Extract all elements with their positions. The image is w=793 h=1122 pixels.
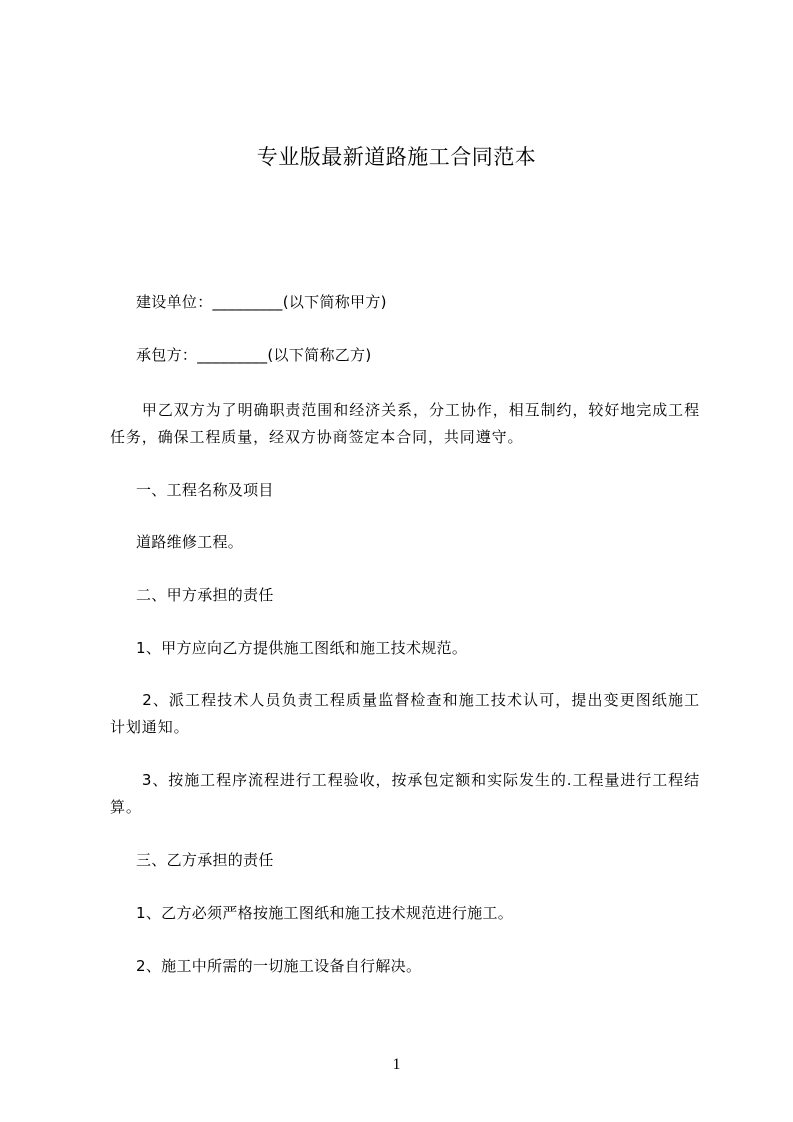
section-1-heading: 一、工程名称及项目 <box>136 480 274 500</box>
builder-party-line: 建设单位：_________(以下简称甲方) <box>136 292 387 312</box>
section-1-content: 道路维修工程。 <box>136 532 243 552</box>
section-2-item-2: 2、派工程技术人员负责工程质量监督检查和施工技术认可，提出变更图纸施工计划通知。 <box>110 687 700 741</box>
document-title: 专业版最新道路施工合同范本 <box>0 142 793 172</box>
section-3-item-1: 1、乙方必须严格按施工图纸和施工技术规范进行施工。 <box>136 903 513 923</box>
intro-paragraph: 甲乙双方为了明确职责范围和经济关系，分工协作，相互制约，较好地完成工程任务，确保… <box>110 397 700 451</box>
section-2-item-3: 3、按施工程序流程进行工程验收，按承包定额和实际发生的.工程量进行工程结算。 <box>110 767 700 821</box>
document-page: 专业版最新道路施工合同范本 建设单位：_________(以下简称甲方) 承包方… <box>0 0 793 1122</box>
contractor-party-line: 承包方：_________(以下简称乙方) <box>136 345 372 365</box>
section-2-heading: 二、甲方承担的责任 <box>136 585 274 605</box>
section-3-heading: 三、乙方承担的责任 <box>136 850 274 870</box>
section-3-item-2: 2、施工中所需的一切施工设备自行解决。 <box>136 956 421 976</box>
page-number: 1 <box>0 1055 793 1075</box>
section-2-item-1: 1、甲方应向乙方提供施工图纸和施工技术规范。 <box>136 638 467 658</box>
